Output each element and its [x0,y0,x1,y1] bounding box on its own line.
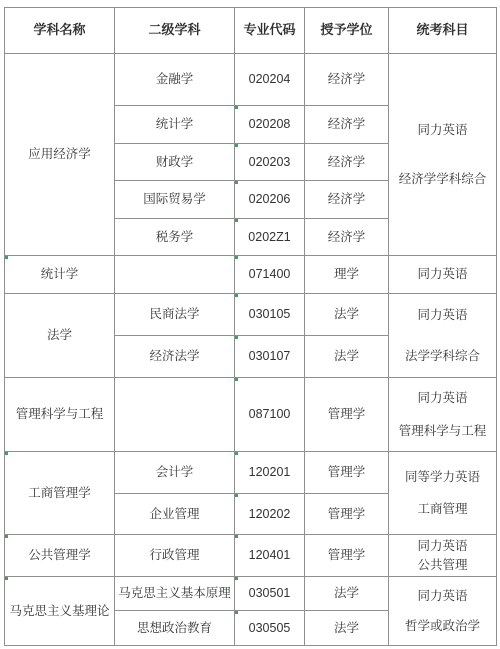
code-cell: 030501 [235,577,305,611]
discipline-cell [115,256,235,294]
exam-line: 同等学力英语 [405,469,480,485]
subjects-table: 学科名称 二级学科 专业代码 授予学位 统考科目 应用经济学 金融学 02020… [4,7,497,646]
discipline-cell: 经济法学 [115,336,235,378]
degree-cell: 管理学 [305,535,389,577]
table-row: 统计学 071400 理学 同力英语 [5,256,497,294]
exam-line: 经济学学科综合 [399,171,487,187]
subject-cell: 应用经济学 [5,54,115,256]
subject-cell: 管理科学与工程 [5,378,115,452]
degree-cell: 经济学 [305,106,389,144]
degree-cell: 法学 [305,577,389,611]
discipline-cell: 税务学 [115,219,235,256]
discipline-cell: 企业管理 [115,494,235,535]
table-row: 公共管理学 行政管理 120401 管理学 同力英语 公共管理 [5,535,497,577]
discipline-cell: 金融学 [115,54,235,106]
table-row: 工商管理学 会计学 120201 管理学 同等学力英语 工商管理 [5,452,497,494]
code-cell: 071400 [235,256,305,294]
exam-line: 法学学科综合 [405,348,480,364]
header-row: 学科名称 二级学科 专业代码 授予学位 统考科目 [5,8,497,54]
degree-cell: 经济学 [305,144,389,181]
code-cell: 120401 [235,535,305,577]
degree-cell: 法学 [305,336,389,378]
code-cell: 030105 [235,294,305,336]
exam-line: 同力英语 [417,588,467,604]
column-header-degree: 授予学位 [305,8,389,54]
degree-cell: 法学 [305,611,389,646]
degree-cell: 理学 [305,256,389,294]
discipline-cell: 国际贸易学 [115,181,235,219]
exam-line: 同力英语 [417,307,467,323]
discipline-cell: 会计学 [115,452,235,494]
degree-cell: 管理学 [305,494,389,535]
exam-line: 管理科学与工程 [399,423,487,439]
degree-cell: 经济学 [305,181,389,219]
code-cell: 020204 [235,54,305,106]
code-cell: 120202 [235,494,305,535]
discipline-cell: 思想政治教育 [115,611,235,646]
exam-cell: 同力英语 经济学学科综合 [389,54,497,256]
degree-cell: 管理学 [305,452,389,494]
exam-line: 同力英语 [417,266,467,282]
table-row: 法学 民商法学 030105 法学 同力英语 法学学科综合 [5,294,497,336]
subject-cell: 马克思主义基理论 [5,577,115,646]
table-row: 管理科学与工程 087100 管理学 同力英语 管理科学与工程 [5,378,497,452]
exam-cell: 同力英语 哲学或政治学 [389,577,497,646]
degree-cell: 法学 [305,294,389,336]
exam-cell: 同等学力英语 工商管理 [389,452,497,535]
exam-line: 哲学或政治学 [405,618,480,634]
subject-cell: 法学 [5,294,115,378]
degree-cell: 管理学 [305,378,389,452]
exam-line: 工商管理 [417,501,467,517]
degree-cell: 经济学 [305,54,389,106]
discipline-cell: 行政管理 [115,535,235,577]
code-cell: 020203 [235,144,305,181]
discipline-cell: 财政学 [115,144,235,181]
column-header-subject: 学科名称 [5,8,115,54]
table-row: 应用经济学 金融学 020204 经济学 同力英语 经济学学科综合 [5,54,497,106]
exam-line: 同力英语 [417,390,467,406]
code-cell: 120201 [235,452,305,494]
discipline-cell [115,378,235,452]
degree-cell: 经济学 [305,219,389,256]
code-cell: 030505 [235,611,305,646]
exam-line: 同力英语 [417,122,467,138]
column-header-discipline: 二级学科 [115,8,235,54]
column-header-code: 专业代码 [235,8,305,54]
exam-line: 同力英语 [417,538,467,554]
exam-cell: 同力英语 管理科学与工程 [389,378,497,452]
column-header-exam: 统考科目 [389,8,497,54]
table-container: 学科名称 二级学科 专业代码 授予学位 统考科目 应用经济学 金融学 02020… [0,0,500,646]
subject-cell: 工商管理学 [5,452,115,535]
subject-cell: 公共管理学 [5,535,115,577]
discipline-cell: 马克思主义基本原理 [115,577,235,611]
discipline-cell: 民商法学 [115,294,235,336]
exam-cell: 同力英语 公共管理 [389,535,497,577]
code-cell: 030107 [235,336,305,378]
code-cell: 020208 [235,106,305,144]
table-row: 马克思主义基理论 马克思主义基本原理 030501 法学 同力英语 哲学或政治学 [5,577,497,611]
exam-cell: 同力英语 [389,256,497,294]
subject-cell: 统计学 [5,256,115,294]
code-cell: 087100 [235,378,305,452]
exam-line: 公共管理 [417,557,467,573]
exam-cell: 同力英语 法学学科综合 [389,294,497,378]
code-cell: 0202Z1 [235,219,305,256]
discipline-cell: 统计学 [115,106,235,144]
code-cell: 020206 [235,181,305,219]
